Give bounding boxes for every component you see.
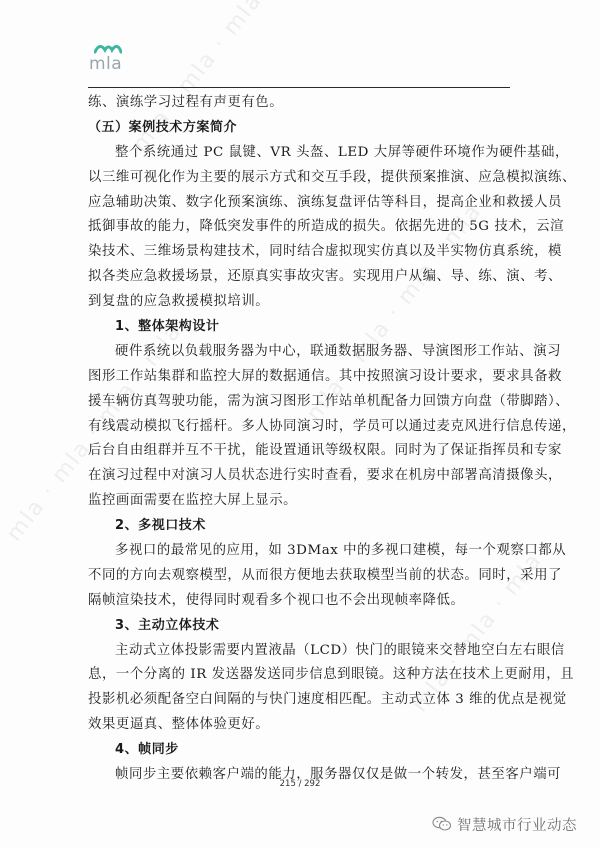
document-body: 练、演练学习过程有声更有色。 （五）案例技术方案简介 整个系统通过 PC 鼠键、… [88, 91, 510, 788]
paragraph-line: 拟各类应急救援场景，还原真实事故灾害。实现用户从编、导、练、演、考、 [88, 265, 510, 290]
text-line: 练、演练学习过程有声更有色。 [88, 91, 510, 116]
wechat-account-brand: 智慧城市行业动态 [432, 814, 577, 834]
paragraph-line: 后台自由组群并互不干扰，能设置通讯等级权限。同时为了保证指挥员和专家 [88, 439, 510, 464]
subsection-heading: 3、主动立体技术 [88, 614, 510, 639]
page-number: 215 / 292 [0, 779, 600, 789]
logo-mark-icon [94, 44, 122, 54]
wechat-icon [432, 816, 452, 832]
paragraph-line: 应急辅助决策、数字化预案演练、演练复盘评估等科目，提高企业和救援人员 [88, 191, 510, 216]
paragraph-line: 硬件系统以负载服务器为中心，联通数据服务器、导演图形工作站、演习 [88, 340, 510, 365]
brand-text: 智慧城市行业动态 [457, 814, 577, 835]
paragraph-line: 图形工作站集群和监控大屏的数据通信。其中按照演习设计要求，要求具备救 [88, 365, 510, 390]
paragraph-line: 有线震动模拟飞行摇杆。多人协同演习时，学员可以通过麦克风进行信息传递， [88, 415, 510, 440]
paragraph-line: 多视口的最常见的应用，如 3DMax 中的多视口建模，每一个观察口都从 [88, 539, 510, 564]
paragraph-line: 以三维可视化作为主要的展示方式和交互手段，提供预案推演、应急模拟演练、 [88, 166, 510, 191]
paragraph-line: 援车辆仿真驾驶功能，需为演习图形工作站单机配备力回馈方向盘（带脚踏）、 [88, 390, 510, 415]
paragraph-line: 抵御事故的能力，降低突发事件的所造成的损失。依据先进的 5G 技术，云渲 [88, 215, 510, 240]
paragraph-line: 到复盘的应急救援模拟培训。 [88, 290, 510, 315]
page-header: mla [88, 40, 510, 90]
logo-text: mla [89, 54, 122, 74]
subsection-heading: 1、整体架构设计 [88, 315, 510, 340]
header-divider [88, 87, 510, 88]
paragraph-line: 隔帧渲染技术，使得同时观看多个视口也不会出现帧率降低。 [88, 589, 510, 614]
paragraph-line: 不同的方向去观察模型，从而很方便地去获取模型当前的状态。同时，采用了 [88, 564, 510, 589]
paragraph-line: 整个系统通过 PC 鼠键、VR 头盔、LED 大屏等硬件环境作为硬件基础， [88, 141, 510, 166]
paragraph-line: 在演习过程中对演习人员状态进行实时查看，要求在机房中部署高清摄像头， [88, 464, 510, 489]
section-heading: （五）案例技术方案简介 [88, 116, 510, 141]
document-page: mla · mla · mla mla · mla · mla · mla ml… [0, 0, 600, 848]
paragraph-line: 息，一个分离的 IR 发送器发送同步信息到眼镜。这种方法在技术上更耐用，且 [88, 663, 510, 688]
logo: mla [88, 40, 128, 80]
paragraph-line: 投影机必须配备空白间隔的与快门速度相匹配。主动式立体 3 维的优点是视觉 [88, 688, 510, 713]
paragraph-line: 染技术、三维场景构建技术，同时结合虚拟现实仿真以及半实物仿真系统，模 [88, 240, 510, 265]
paragraph-line: 监控画面需要在监控大屏上显示。 [88, 489, 510, 514]
paragraph-line: 效果更逼真、整体体验更好。 [88, 713, 510, 738]
subsection-heading: 2、多视口技术 [88, 514, 510, 539]
paragraph-line: 主动式立体投影需要内置液晶（LCD）快门的眼镜来交替地空白左右眼信 [88, 639, 510, 664]
subsection-heading: 4、帧同步 [88, 738, 510, 763]
